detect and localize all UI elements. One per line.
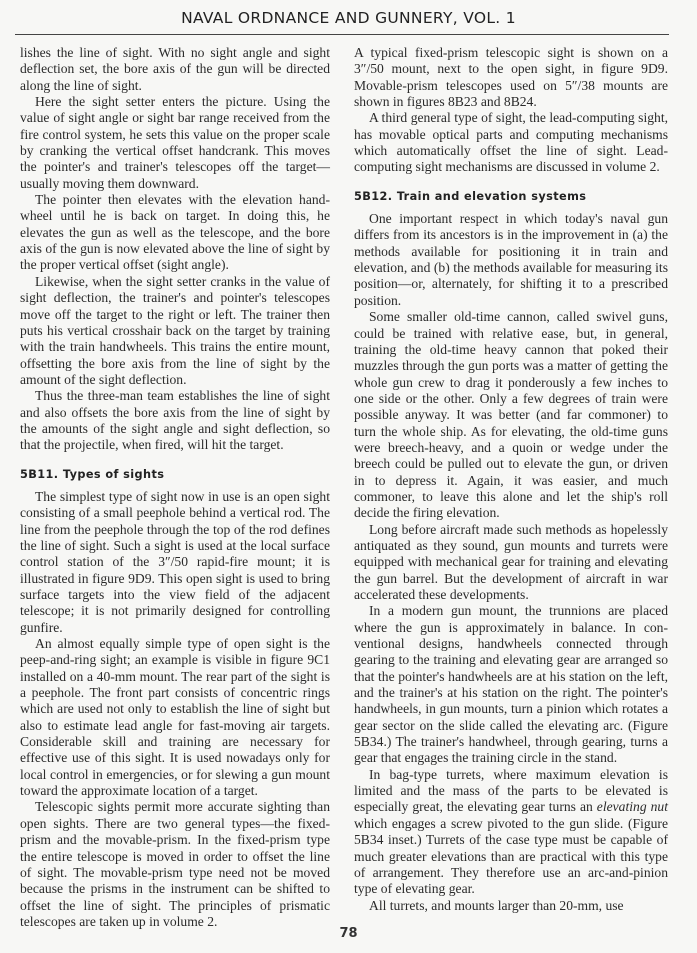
paragraph: Long before aircraft made such methods a… [354,522,668,604]
paragraph: In bag-type turrets, where maximum eleva… [354,767,668,898]
paragraph: Here the sight setter enters the picture… [20,94,330,192]
paragraph: Some smaller old-time cannon, called swi… [354,309,668,521]
italic-term: elevating nut [597,799,668,814]
paragraph: Telescopic sights permit more accurate s… [20,799,330,930]
header-rule [15,34,669,35]
paragraph: lishes the line of sight. With no sight … [20,45,330,94]
paragraph: In a modern gun mount, the trunnions are… [354,603,668,766]
paragraph-text: which engages a screw pivoted to the gun… [354,816,668,896]
section-heading-5b12: 5B12. Train and elevation systems [354,189,668,205]
paragraph: A third general type of sight, the lead-… [354,110,668,175]
running-title: NAVAL ORDNANCE AND GUNNERY, VOL. 1 [0,9,697,27]
paragraph: The pointer then elevates with the eleva… [20,192,330,274]
page-number: 78 [0,926,697,941]
left-column: lishes the line of sight. With no sight … [20,45,330,930]
right-column: A typical fixed-prism telescopic sight i… [354,45,668,914]
section-heading-5b11: 5B11. Types of sights [20,467,330,483]
paragraph: The simplest type of sight now in use is… [20,489,330,636]
paragraph: Thus the three-man team establishes the … [20,388,330,453]
paragraph: A typical fixed-prism telescopic sight i… [354,45,668,110]
paragraph: Likewise, when the sight setter cranks i… [20,274,330,388]
paragraph: An almost equally simple type of open si… [20,636,330,799]
paragraph: One important respect in which today's n… [354,211,668,309]
paragraph: All turrets, and mounts larger than 20-m… [354,898,668,914]
